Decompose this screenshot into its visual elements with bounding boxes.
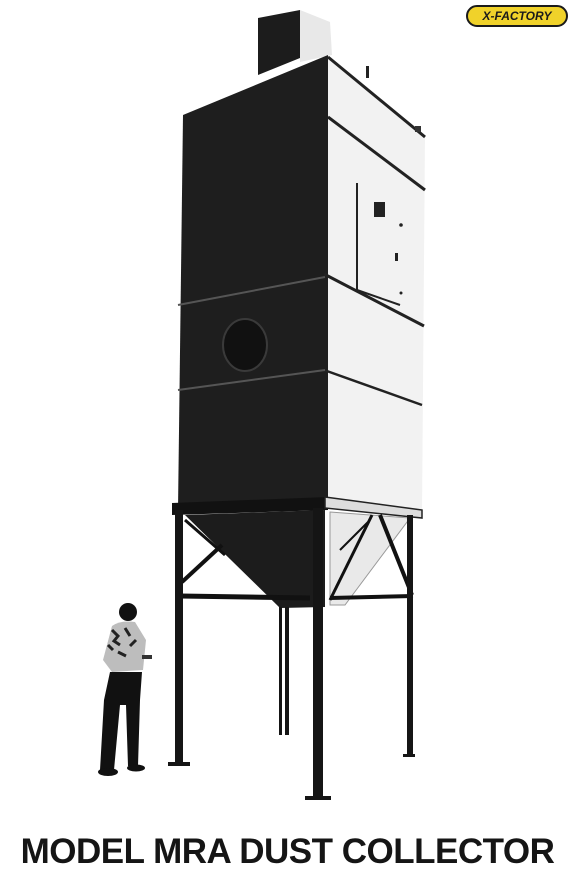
top-housing-light bbox=[300, 10, 332, 62]
inlet-port bbox=[223, 319, 267, 371]
leg-right bbox=[407, 515, 413, 755]
dust-collector-photo bbox=[0, 0, 575, 820]
leg-back bbox=[279, 607, 282, 735]
leg-front-center bbox=[313, 508, 323, 798]
top-housing-dark bbox=[258, 10, 300, 75]
body-dark-face bbox=[178, 55, 328, 510]
page-title: MODEL MRA DUST COLLECTOR bbox=[0, 826, 575, 878]
person-figure bbox=[98, 603, 152, 776]
leg-front-left bbox=[175, 510, 183, 765]
